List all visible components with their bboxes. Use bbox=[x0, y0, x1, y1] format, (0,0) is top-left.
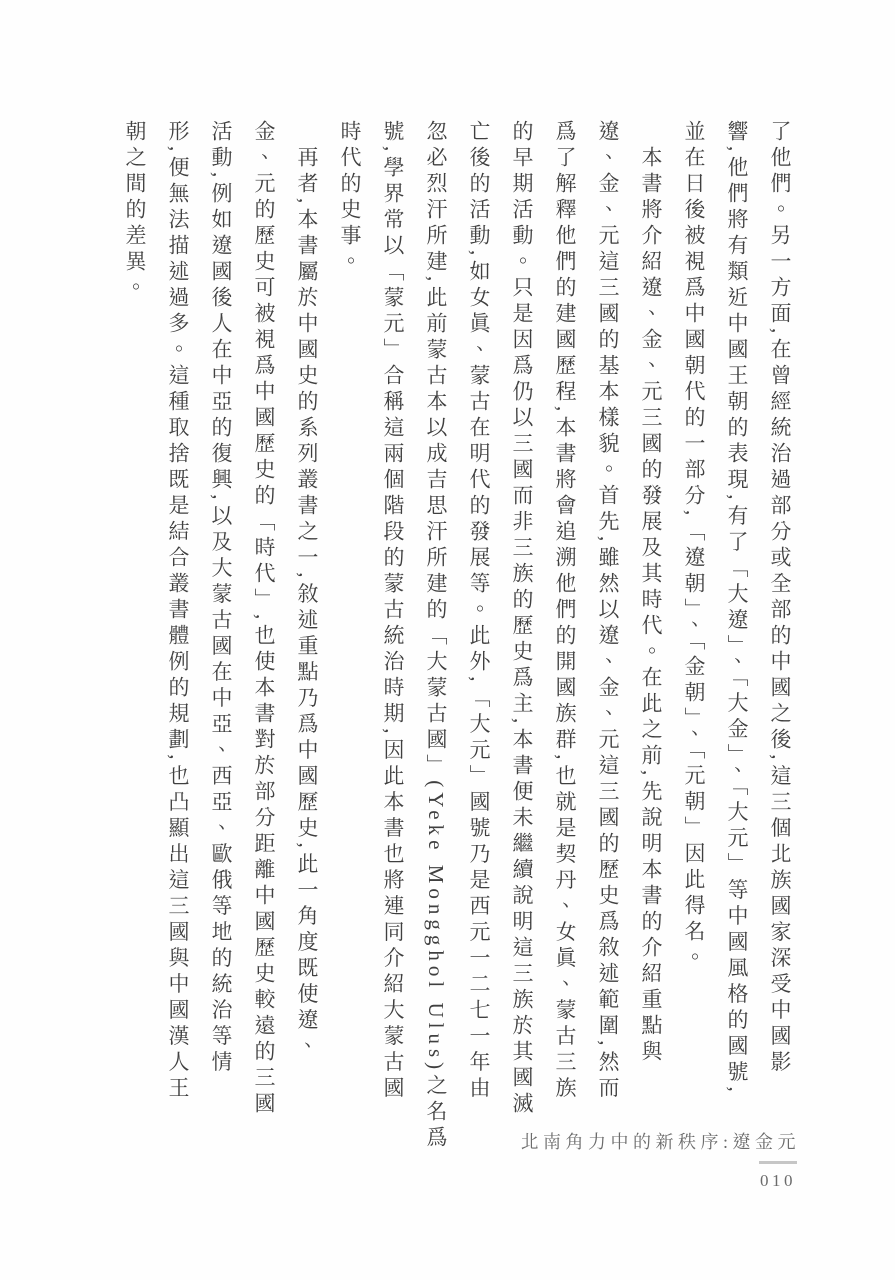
text-column: 本書將介紹遼、金、元三國的發展及其時代。在此之前,先說明本書的介紹重點與 bbox=[629, 120, 672, 1110]
text-column: 了他們。另一方面,在曾經統治過部分或全部的中國之後,這三個北族國家深受中國影 bbox=[758, 120, 801, 1110]
text-column: 並在日後被視爲中國朝代的一部分,「遼朝」、「金朝」、「元朝」因此得名。 bbox=[672, 120, 715, 1110]
text-column: 響,他們將有類近中國王朝的表現,有了「大遼」、「大金」、「大元」等中國風格的國號… bbox=[715, 120, 758, 1110]
book-page: 了他們。另一方面,在曾經統治過部分或全部的中國之後,這三個北族國家深受中國影響,… bbox=[0, 0, 895, 1280]
page-number: 010 bbox=[760, 1171, 796, 1191]
text-column: 爲了解釋他們的建國歷程,本書將會追溯他們的開國族群,也就是契丹、女眞、蒙古三族 bbox=[543, 120, 586, 1110]
text-column: 活動,例如遼國後人在中亞的復興,以及大蒙古國在中亞、西亞、歐俄等地的統治等情 bbox=[199, 120, 242, 1110]
footer-book-title: 北南角力中的新秩序:遼金元 bbox=[521, 1128, 801, 1154]
text-column: 再者,本書屬於中國史的系列叢書之一,敘述重點乃爲中國歷史,此一角度既使遼、 bbox=[285, 120, 328, 1110]
footer-divider-rule bbox=[759, 1161, 797, 1164]
text-column: 號,學界常以「蒙元」合稱這兩個階段的蒙古統治時期,因此本書也將連同介紹大蒙古國 bbox=[371, 120, 414, 1110]
text-column: 遼、金、元這三國的基本樣貌。首先,雖然以遼、金、元這三國的歷史爲敘述範圍,然而 bbox=[586, 120, 629, 1110]
text-column: 形,便無法描述過多。這種取捨既是結合叢書體例的規劃,也凸顯出這三國與中國漢人王 bbox=[156, 120, 199, 1110]
text-column: 金、元的歷史可被視爲中國歷史的「時代」,也使本書對於部分距離中國歷史較遠的三國 bbox=[242, 120, 285, 1110]
text-column: 時代的史事。 bbox=[328, 120, 371, 1110]
text-column: 忽必烈汗所建,此前蒙古本以成吉思汗所建的「大蒙古國」(Yeke Mongghol… bbox=[414, 120, 457, 1110]
text-column: 朝之間的差異。 bbox=[113, 120, 156, 1110]
text-column: 亡後的活動,如女眞、蒙古在明代的發展等。此外,「大元」國號乃是西元一二七一年由 bbox=[457, 120, 500, 1110]
text-column: 的早期活動。只是因爲仍以三國而非三族的歷史爲主,本書便未繼續說明這三族於其國滅 bbox=[500, 120, 543, 1110]
body-text: 了他們。另一方面,在曾經統治過部分或全部的中國之後,這三個北族國家深受中國影響,… bbox=[113, 120, 801, 1110]
